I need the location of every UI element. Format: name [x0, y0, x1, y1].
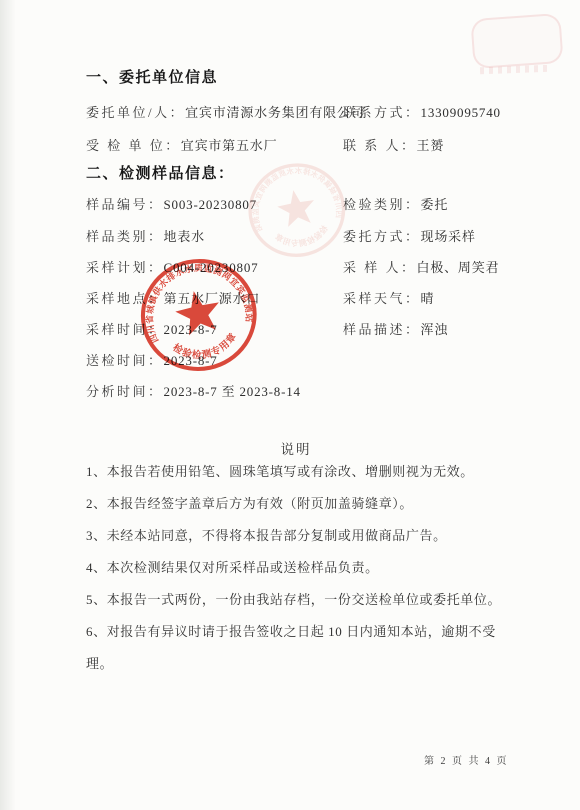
- client-unit-field: 委托单位/人：宜宾市清源水务集团有限公司: [86, 102, 343, 121]
- notes-list: 1、本报告若使用铅笔、圆珠笔填写或有涂改、增删则视为无效。 2、本报告经签字盖章…: [86, 456, 518, 680]
- note-item-3: 3、未经本站同意，不得将本报告部分复制或用做商品广告。: [86, 520, 518, 552]
- test-category-label: 检验类别：: [343, 197, 421, 212]
- contact-phone-field: 联系方式：13309095740: [343, 102, 522, 121]
- test-category-field: 检验类别：委托: [343, 194, 522, 213]
- sample-type-label: 样品类别：: [86, 229, 164, 244]
- commission-mode-field: 委托方式：现场采样: [343, 226, 522, 245]
- sampling-weather-value: 晴: [421, 291, 435, 306]
- contact-person-value: 王赟: [417, 138, 445, 153]
- sample-type-value: 地表水: [164, 229, 205, 244]
- sampler-value: 白极、周笑君: [417, 260, 500, 275]
- note-item-6: 6、对报告有异议时请于报告签收之日起 10 日内通知本站，逾期不受理。: [86, 616, 518, 680]
- official-seal: 四川省城镇供水排水水质监测网宜宾监测站 检验检测专用章: [127, 246, 271, 387]
- stamp-bleed-corner: [470, 13, 563, 69]
- stamp-bleed-smudge: [480, 65, 550, 74]
- note-item-5: 5、本报告一式两份，一份由我站存档，一份交送检单位或委托单位。: [86, 584, 518, 616]
- seal-star-icon: [172, 287, 224, 338]
- contact-phone-value: 13309095740: [421, 105, 501, 120]
- svg-text:检验检测专用章: 检验检测专用章: [169, 329, 243, 368]
- test-category-value: 委托: [421, 197, 449, 212]
- note-item-1: 1、本报告若使用铅笔、圆珠笔填写或有涂改、增删则视为无效。: [86, 456, 518, 488]
- sampler-label: 采 样 人：: [343, 260, 417, 275]
- row-client: 委托单位/人：宜宾市清源水务集团有限公司 联系方式：13309095740: [86, 102, 522, 121]
- row-inspected: 受 检 单 位：宜宾市第五水厂 联 系 人：王赟: [86, 135, 522, 154]
- sampling-weather-field: 采样天气：晴: [343, 288, 522, 307]
- report-page: 一、委托单位信息 委托单位/人：宜宾市清源水务集团有限公司 联系方式：13309…: [0, 0, 580, 810]
- sample-description-value: 浑浊: [421, 322, 449, 337]
- commission-mode-label: 委托方式：: [343, 229, 421, 244]
- section1-title: 一、委托单位信息: [86, 66, 218, 87]
- inspected-unit-value: 宜宾市第五水厂: [181, 138, 278, 153]
- notes-title: 说明: [86, 438, 506, 458]
- seal-bleed-through: 四川省城镇供水排水水质监测网宜宾监测站 检验检测专用章: [238, 152, 356, 270]
- commission-mode-value: 现场采样: [421, 229, 476, 244]
- seal-type-text: 检验检测专用章: [169, 329, 243, 368]
- sample-no-label: 样品编号：: [86, 197, 164, 212]
- inspected-unit-label: 受 检 单 位：: [86, 138, 181, 153]
- client-unit-label: 委托单位/人：: [86, 105, 185, 120]
- note-item-4: 4、本次检测结果仅对所采样品或送检样品负责。: [86, 552, 518, 584]
- contact-person-field: 联 系 人：王赟: [343, 135, 522, 154]
- client-unit-value: 宜宾市清源水务集团有限公司: [185, 105, 364, 120]
- sampling-weather-label: 采样天气：: [343, 291, 421, 306]
- note-item-2: 2、本报告经签字盖章后方为有效（附页加盖骑缝章）。: [86, 488, 518, 520]
- sampler-field: 采 样 人：白极、周笑君: [343, 257, 522, 276]
- sample-description-field: 样品描述：浑浊: [343, 319, 522, 338]
- analysis-time-field: 分析时间：2023-8-7 至 2023-8-14: [86, 381, 506, 400]
- sample-description-label: 样品描述：: [343, 322, 421, 337]
- contact-phone-label: 联系方式：: [343, 105, 421, 120]
- analysis-time-value: 2023-8-7 至 2023-8-14: [164, 384, 301, 399]
- seal-bleed-star-icon: [275, 187, 318, 228]
- page-number: 第 2 页 共 4 页: [424, 752, 509, 767]
- inspected-unit-field: 受 检 单 位：宜宾市第五水厂: [86, 135, 343, 154]
- section2-title: 二、检测样品信息：: [86, 162, 235, 183]
- contact-person-label: 联 系 人：: [343, 138, 417, 153]
